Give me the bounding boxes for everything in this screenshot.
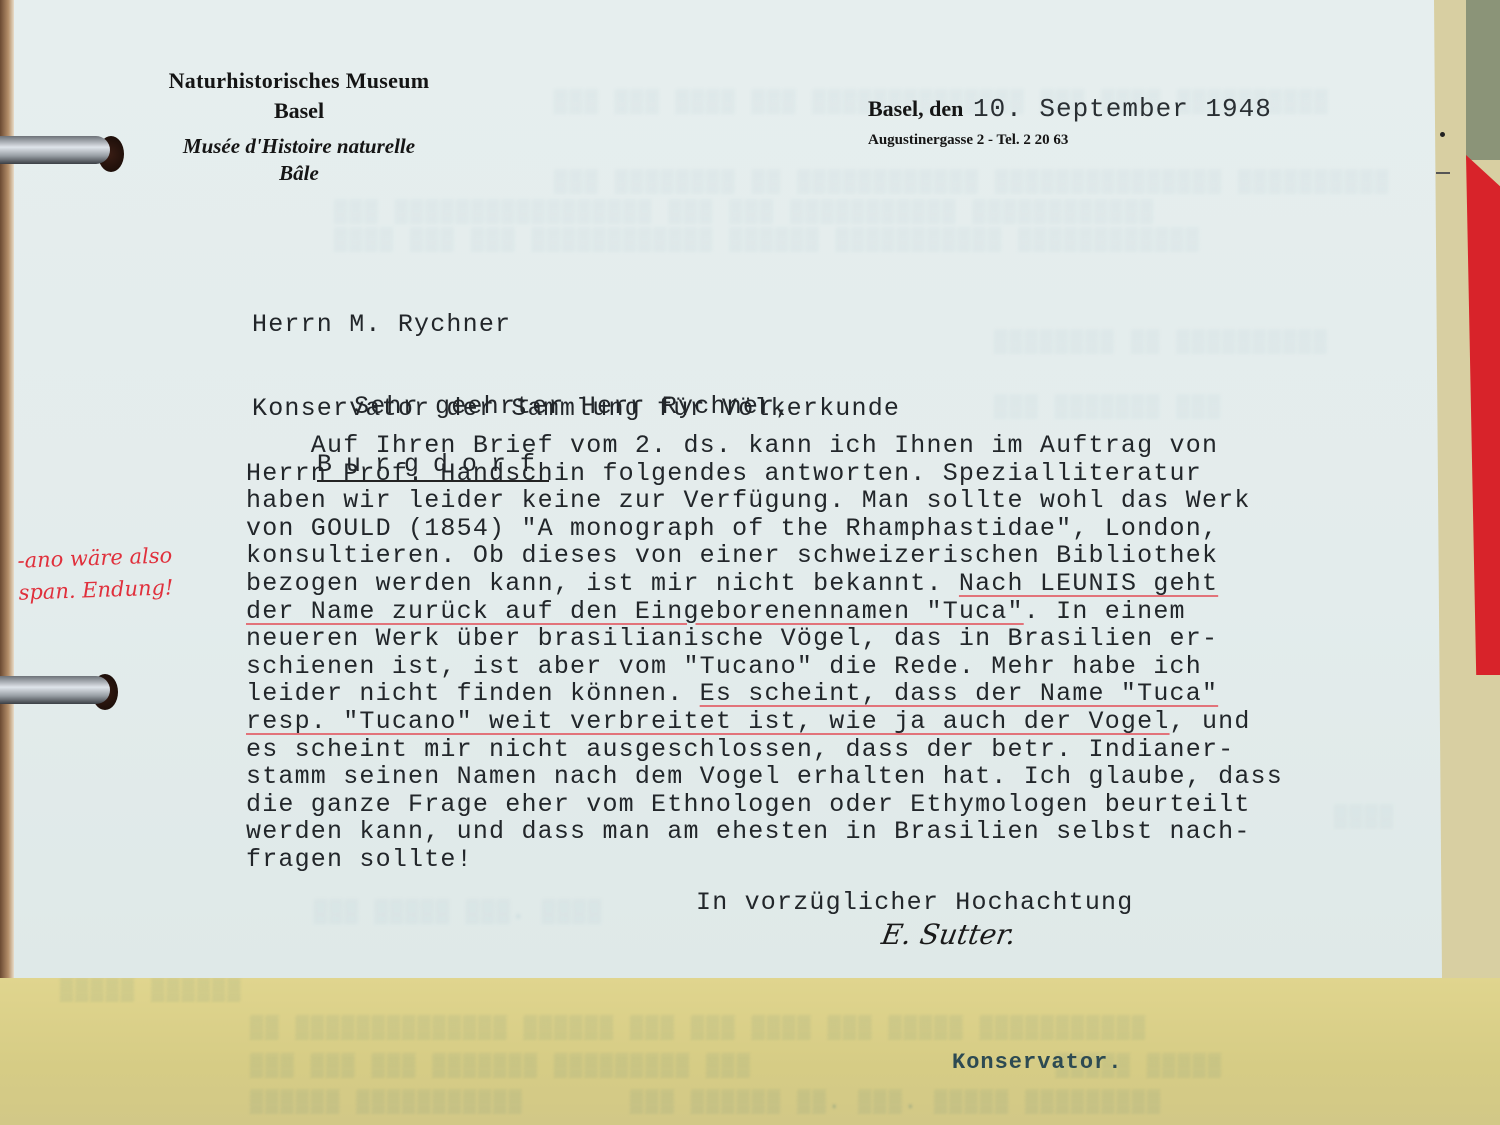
body-line: Herrn Prof. Handschin folgendes antworte… <box>246 460 1283 488</box>
red-underline-text: der Name zurück auf den Eingeborenenname… <box>246 597 1024 626</box>
margin-note-line-2: span. Endung! <box>18 571 174 608</box>
underlying-yellow-sheet: ▒▒▒▒▒ ▒▒▒▒▒▒ ▒▒ ▒▒▒▒▒▒▒▒▒▒▒▒▒▒ ▒▒▒▒▒▒ ▒▒… <box>0 978 1500 1125</box>
letter-date: 10. September 1948 <box>973 94 1272 124</box>
binder-cover <box>1466 0 1500 160</box>
body-line: bezogen werden kann, ist mir nicht bekan… <box>246 570 1283 598</box>
body-line: Auf Ihren Brief vom 2. ds. kann ich Ihne… <box>246 432 1283 460</box>
underlying-sheet-text: Konservator. <box>952 1050 1122 1075</box>
red-underline-text: Nach LEUNIS geht <box>959 569 1218 598</box>
body-line: schienen ist, ist aber vom "Tucano" die … <box>246 653 1283 681</box>
salutation: Sehr geehrter Herr Rychner, <box>354 392 791 421</box>
red-underline-text: resp. "Tucano" weit verbreitet ist, wie … <box>246 707 1170 736</box>
red-underline-text: Es scheint, dass der Name "Tuca" <box>700 679 1218 708</box>
body-line: fragen sollte! <box>246 846 1283 874</box>
dateline: Basel, den 10. September 1948 <box>868 94 1272 124</box>
body-line: werden kann, und dass man am ehesten in … <box>246 818 1283 846</box>
body-line: leider nicht finden können. Es scheint, … <box>246 680 1283 708</box>
institution-city-french: Bâle <box>139 161 459 186</box>
letterhead: Naturhistorisches Museum Basel Musée d'H… <box>139 68 459 186</box>
body-line: die ganze Frage eher vom Ethnologen oder… <box>246 791 1283 819</box>
signature: E. Sutter. <box>879 918 1019 951</box>
body-line: stamm seinen Namen nach dem Vogel erhalt… <box>246 763 1283 791</box>
recipient-name: Herrn M. Rychner <box>252 311 900 339</box>
handwritten-margin-note: -ano wäre also span. Endung! <box>17 539 174 608</box>
institution-city: Basel <box>139 98 459 124</box>
binder-ring-top <box>0 136 110 164</box>
date-prefix: Basel, den <box>868 96 963 121</box>
body-line: konsultieren. Ob dieses von einer schwei… <box>246 542 1283 570</box>
edge-mark-dot <box>1440 132 1445 137</box>
closing: In vorzüglicher Hochachtung <box>696 888 1133 917</box>
body-line: der Name zurück auf den Eingeborenenname… <box>246 598 1283 626</box>
body-line: neueren Werk über brasilianische Vögel, … <box>246 625 1283 653</box>
body-line: haben wir leider keine zur Verfügung. Ma… <box>246 487 1283 515</box>
body-line: es scheint mir nicht ausgeschlossen, das… <box>246 736 1283 764</box>
body-line: von GOULD (1854) "A monograph of the Rha… <box>246 515 1283 543</box>
museum-address: Augustinergasse 2 - Tel. 2 20 63 <box>868 132 1068 149</box>
institution-name: Naturhistorisches Museum <box>139 68 459 94</box>
edge-mark-dash <box>1436 172 1450 174</box>
binder-edge <box>0 0 14 1125</box>
letter-body: Auf Ihren Brief vom 2. ds. kann ich Ihne… <box>246 432 1283 874</box>
binder-ring-bottom <box>0 676 110 704</box>
letter-sheet: ▒▒▒ ▒▒▒ ▒▒▒▒ ▒▒▒ ▒▒▒▒▒▒▒▒▒▒▒▒▒▒ ▒▒▒ ▒▒▒▒… <box>14 0 1442 978</box>
institution-name-french: Musée d'Histoire naturelle <box>139 134 459 159</box>
body-line: resp. "Tucano" weit verbreitet ist, wie … <box>246 708 1283 736</box>
